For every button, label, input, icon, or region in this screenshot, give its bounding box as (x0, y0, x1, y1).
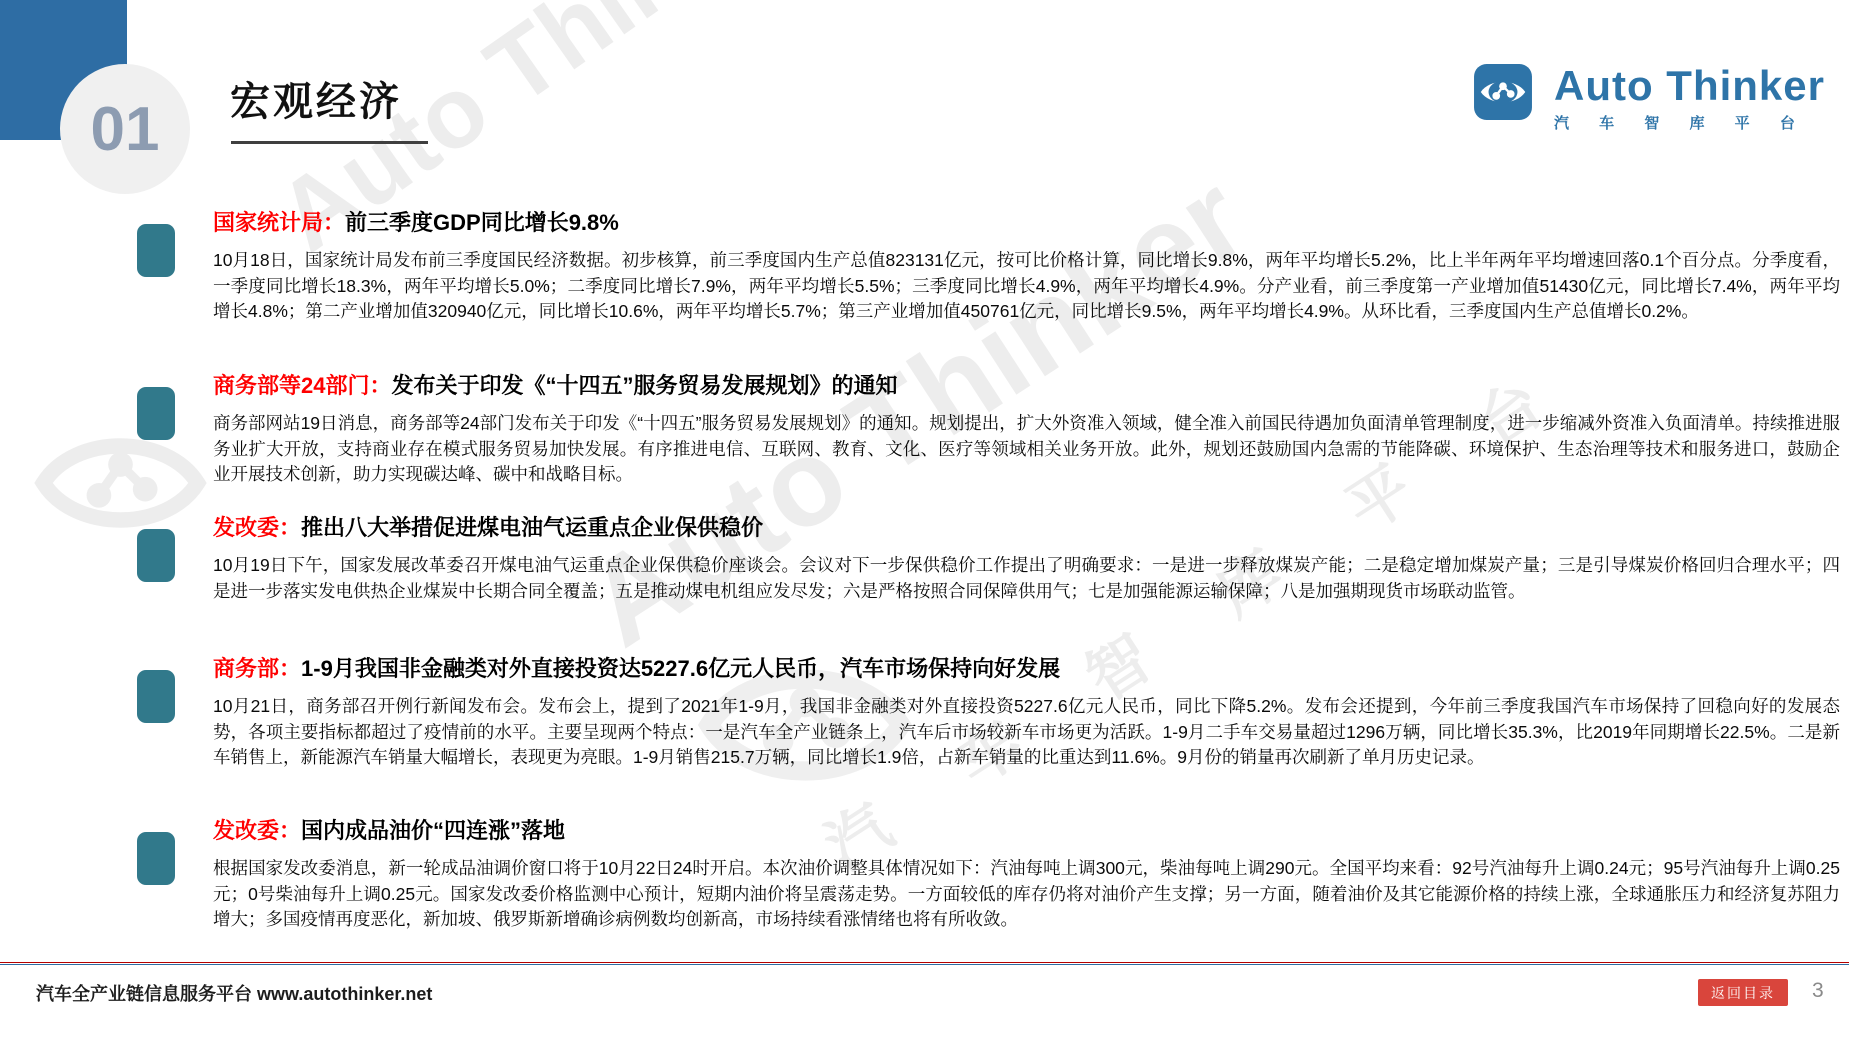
news-source: 商务部等24部门： (213, 373, 391, 398)
news-headline-text: 国内成品油价“四连涨”落地 (301, 818, 565, 843)
news-item-content: 发改委：推出八大举措促进煤电油气运重点企业保供稳价 10月19日下午，国家发展改… (213, 513, 1840, 604)
news-source: 发改委： (213, 818, 301, 843)
section-number: 01 (91, 94, 160, 165)
news-headline: 商务部：1-9月我国非金融类对外直接投资达5227.6亿元人民币，汽车市场保持向… (213, 654, 1840, 684)
title-underline (231, 141, 428, 144)
news-headline: 国家统计局：前三季度GDP同比增长9.8% (213, 208, 1840, 238)
brand-subtitle: 汽 车 智 库 平 台 (1554, 112, 1825, 133)
section-bullet (137, 387, 175, 440)
brand-logo: Auto Thinker 汽 车 智 库 平 台 (1474, 64, 1825, 133)
news-item-content: 发改委：国内成品油价“四连涨”落地 根据国家发改委消息，新一轮成品油调价窗口将于… (213, 816, 1840, 933)
news-headline: 发改委：国内成品油价“四连涨”落地 (213, 816, 1840, 846)
section-bullet (137, 529, 175, 582)
news-source: 发改委： (213, 515, 301, 540)
news-headline: 发改委：推出八大举措促进煤电油气运重点企业保供稳价 (213, 513, 1840, 543)
news-item-content: 国家统计局：前三季度GDP同比增长9.8% 10月18日，国家统计局发布前三季度… (213, 208, 1840, 325)
eye-logo-icon (1474, 64, 1532, 120)
page-title: 宏观经济 (230, 70, 402, 127)
news-body: 10月18日，国家统计局发布前三季度国民经济数据。初步核算，前三季度国内生产总值… (213, 248, 1840, 325)
news-source: 国家统计局： (213, 210, 345, 235)
news-item-content: 商务部等24部门：发布关于印发《“十四五”服务贸易发展规划》的通知 商务部网站1… (213, 371, 1840, 488)
news-body: 10月21日，商务部召开例行新闻发布会。发布会上，提到了2021年1-9月，我国… (213, 694, 1840, 771)
section-bullet (137, 224, 175, 277)
section-bullet (137, 832, 175, 885)
news-item: 商务部等24部门：发布关于印发《“十四五”服务贸易发展规划》的通知 商务部网站1… (137, 371, 1840, 488)
news-source: 商务部： (213, 656, 301, 681)
news-headline-text: 1-9月我国非金融类对外直接投资达5227.6亿元人民币，汽车市场保持向好发展 (301, 656, 1060, 681)
news-body: 商务部网站19日消息，商务部等24部门发布关于印发《“十四五”服务贸易发展规划》… (213, 411, 1840, 488)
brand-logo-text: Auto Thinker 汽 车 智 库 平 台 (1554, 64, 1825, 133)
news-item: 国家统计局：前三季度GDP同比增长9.8% 10月18日，国家统计局发布前三季度… (137, 208, 1840, 325)
page-number: 3 (1812, 979, 1824, 1003)
news-body: 10月19日下午，国家发展改革委召开煤电油气运重点企业保供稳价座谈会。会议对下一… (213, 553, 1840, 604)
footer-divider (0, 962, 1849, 965)
news-headline: 商务部等24部门：发布关于印发《“十四五”服务贸易发展规划》的通知 (213, 371, 1840, 401)
slide: Auto Thinker Auto Thinker 汽 车 智 库 平 台 01… (0, 0, 1849, 1040)
section-bullet (137, 670, 175, 723)
news-item: 商务部：1-9月我国非金融类对外直接投资达5227.6亿元人民币，汽车市场保持向… (137, 654, 1840, 771)
section-number-badge: 01 (60, 64, 190, 194)
news-headline-text: 前三季度GDP同比增长9.8% (345, 210, 619, 235)
news-headline-text: 发布关于印发《“十四五”服务贸易发展规划》的通知 (391, 373, 897, 398)
news-headline-text: 推出八大举措促进煤电油气运重点企业保供稳价 (301, 515, 763, 540)
news-body: 根据国家发改委消息，新一轮成品油调价窗口将于10月22日24时开启。本次油价调整… (213, 856, 1840, 933)
brand-name: Auto Thinker (1554, 64, 1825, 108)
back-to-toc-button[interactable]: 返回目录 (1698, 979, 1788, 1006)
news-item-content: 商务部：1-9月我国非金融类对外直接投资达5227.6亿元人民币，汽车市场保持向… (213, 654, 1840, 771)
news-item: 发改委：国内成品油价“四连涨”落地 根据国家发改委消息，新一轮成品油调价窗口将于… (137, 816, 1840, 933)
footer-platform-text: 汽车全产业链信息服务平台 www.autothinker.net (36, 980, 432, 1006)
news-item: 发改委：推出八大举措促进煤电油气运重点企业保供稳价 10月19日下午，国家发展改… (137, 513, 1840, 604)
